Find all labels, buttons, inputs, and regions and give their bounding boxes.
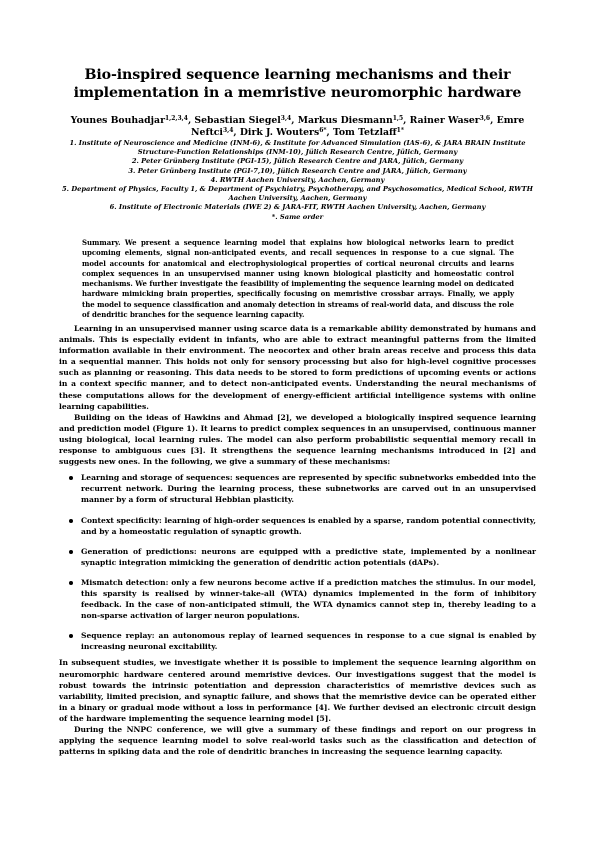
author: Dirk J. Wouters6* (240, 127, 327, 138)
author: Markus Diesmann1,5 (298, 115, 403, 126)
title-line-2: implementation in a memristive neuromorp… (60, 84, 535, 102)
author: Younes Bouhadjar1,2,3,4 (71, 115, 188, 126)
paper-page: Bio-inspired sequence learning mechanism… (0, 0, 595, 842)
affiliation: 2. Peter Grünberg Institute (PGI-15), Jü… (52, 157, 543, 166)
author: Sebastian Siegel3,4 (194, 115, 291, 126)
bullet-icon (69, 476, 73, 480)
body-text: Learning in an unsupervised manner using… (59, 323, 536, 757)
bullet-icon (69, 519, 73, 523)
title-line-1: Bio-inspired sequence learning mechanism… (60, 66, 535, 84)
author: Tom Tetzlaff1* (333, 127, 404, 138)
affiliation: 4. RWTH Aachen University, Aachen, Germa… (52, 176, 543, 185)
list-item: Sequence replay: an autonomous replay of… (59, 630, 536, 652)
list-item: Context specificity: learning of high-or… (59, 515, 536, 537)
bullet-icon (69, 581, 73, 585)
abstract-summary: Summary. We present a sequence learning … (82, 238, 514, 320)
affiliation-note: *. Same order (52, 213, 543, 222)
bullet-icon (69, 550, 73, 554)
list-item: Learning and storage of sequences: seque… (59, 472, 536, 505)
paragraph: In subsequent studies, we investigate wh… (59, 657, 536, 724)
affiliation-list: 1. Institute of Neuroscience and Medicin… (52, 139, 543, 222)
bullet-icon (69, 634, 73, 638)
paragraph: Learning in an unsupervised manner using… (59, 323, 536, 412)
list-item: Mismatch detection: only a few neurons b… (59, 577, 536, 621)
affiliation: 5. Department of Physics, Faculty 1, & D… (52, 185, 543, 194)
affiliation: Structure-Function Relationships (INM-10… (52, 148, 543, 157)
affiliation: 6. Institute of Electronic Materials (IW… (52, 203, 543, 212)
affiliation: 3. Peter Grünberg Institute (PGI-7,10), … (52, 167, 543, 176)
author-list: Younes Bouhadjar1,2,3,4, Sebastian Siege… (60, 115, 535, 138)
mechanism-list: Learning and storage of sequences: seque… (59, 472, 536, 652)
list-item: Generation of predictions: neurons are e… (59, 546, 536, 568)
affiliation: Aachen University, Aachen, Germany (52, 194, 543, 203)
paragraph: Building on the ideas of Hawkins and Ahm… (59, 412, 536, 467)
paper-title: Bio-inspired sequence learning mechanism… (60, 66, 535, 102)
affiliation: 1. Institute of Neuroscience and Medicin… (52, 139, 543, 148)
paragraph: During the NNPC conference, we will give… (59, 724, 536, 757)
author: Rainer Waser3,6 (410, 115, 490, 126)
